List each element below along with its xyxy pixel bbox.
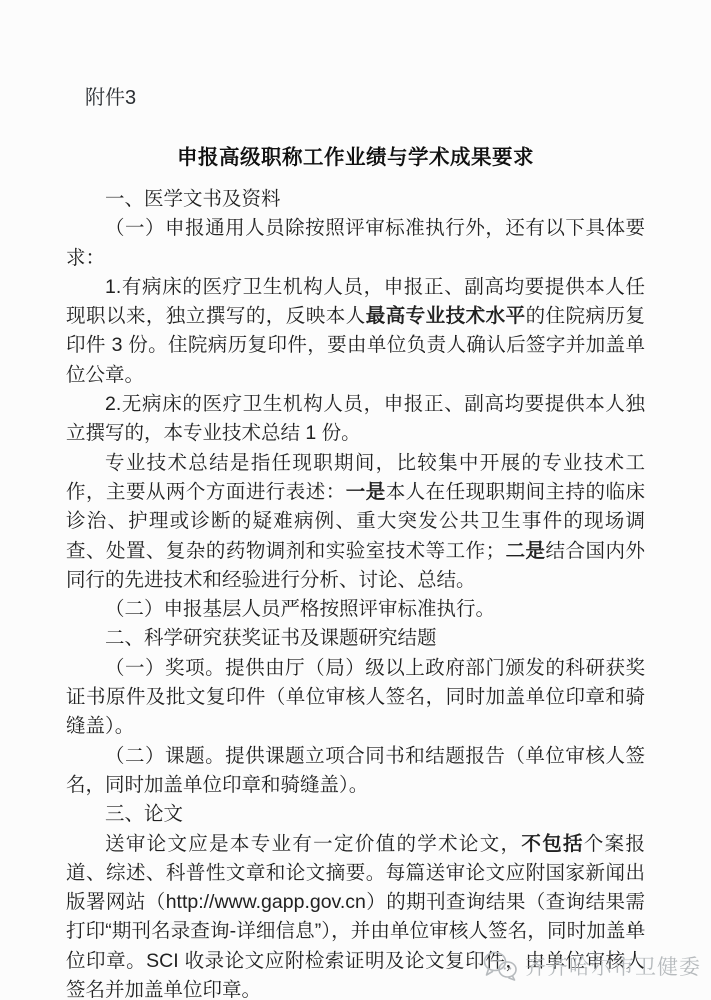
- paragraph: （二）申报基层人员严格按照评审标准执行。: [66, 595, 645, 624]
- text-run: 一、医学文书及资料: [105, 188, 281, 210]
- paragraph: 三、论文: [66, 800, 645, 829]
- wechat-icon: [482, 950, 518, 982]
- page-number: - 1 -: [616, 922, 647, 936]
- bold-text-run: 最高专业技术水平: [366, 305, 526, 327]
- page-title: 申报高级职称工作业绩与学术成果要求: [0, 140, 711, 170]
- text-run: 二、科学研究获奖证书及课题研究结题: [105, 627, 437, 649]
- document-page: 附件3 申报高级职称工作业绩与学术成果要求 一、医学文书及资料（一）申报通用人员…: [0, 0, 711, 1000]
- paragraph: （一）奖项。提供由厅（局）级以上政府部门颁发的科研获奖证书原件及批文复印件（单位…: [66, 654, 645, 742]
- attachment-label: 附件3: [85, 86, 136, 110]
- paragraph: （一）申报通用人员除按照评审标准执行外，还有以下具体要求：: [66, 214, 645, 273]
- document-body: 一、医学文书及资料（一）申报通用人员除按照评审标准执行外，还有以下具体要求：1.…: [66, 185, 645, 1000]
- text-run: 2.无病床的医疗卫生机构人员，申报正、副高均要提供本人独立撰写的，本专业技术总结…: [66, 393, 645, 444]
- paragraph: （二）课题。提供课题立项合同书和结题报告（单位审核人签名，同时加盖单位印章和骑缝…: [66, 742, 645, 801]
- watermark: 齐齐哈尔市卫健委: [482, 950, 701, 982]
- paragraph: 二、科学研究获奖证书及课题研究结题: [66, 624, 645, 653]
- paragraph: 2.无病床的医疗卫生机构人员，申报正、副高均要提供本人独立撰写的，本专业技术总结…: [66, 390, 645, 449]
- watermark-text: 齐齐哈尔市卫健委: [525, 951, 701, 981]
- bold-text-run: 一是: [346, 481, 386, 503]
- bold-text-run: 二是: [505, 540, 545, 562]
- paragraph: 专业技术总结是指任现职期间，比较集中开展的专业技术工作，主要从两个方面进行表述：…: [66, 449, 645, 595]
- text-run: 送审论文应是本专业有一定价值的学术论文，: [105, 833, 521, 855]
- text-run: 三、论文: [105, 803, 183, 825]
- text-run: （二）申报基层人员严格按照评审标准执行。: [105, 598, 495, 620]
- paragraph: 1.有病床的医疗卫生机构人员，申报正、副高均要提供本人任现职以来，独立撰写的，反…: [66, 273, 645, 390]
- paragraph: 一、医学文书及资料: [66, 185, 645, 214]
- text-run: （一）奖项。提供由厅（局）级以上政府部门颁发的科研获奖证书原件及批文复印件（单位…: [66, 657, 645, 738]
- text-run: （一）申报通用人员除按照评审标准执行外，还有以下具体要求：: [66, 217, 645, 268]
- bold-text-run: 不包括: [521, 833, 583, 855]
- text-run: （二）课题。提供课题立项合同书和结题报告（单位审核人签名，同时加盖单位印章和骑缝…: [66, 745, 645, 796]
